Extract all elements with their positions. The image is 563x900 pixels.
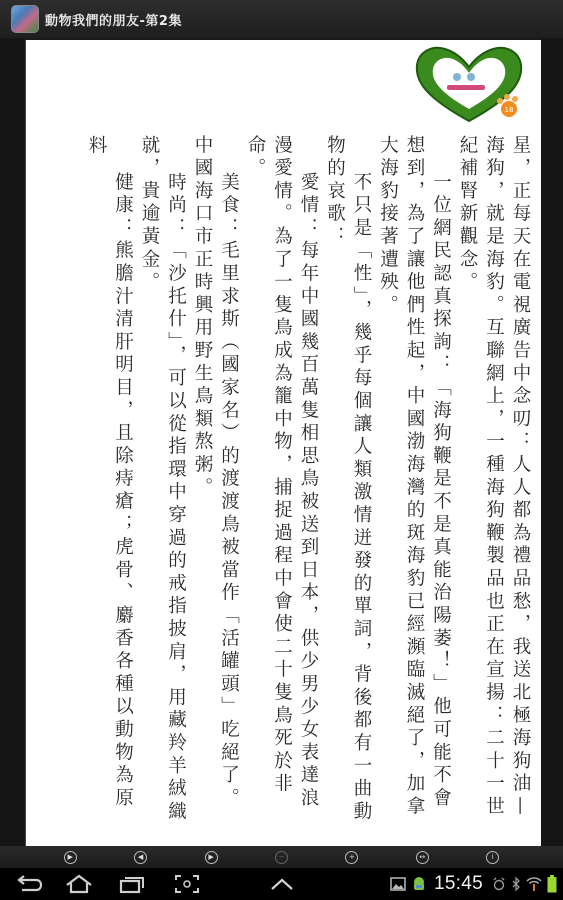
app-icon[interactable]: [11, 5, 39, 33]
info-icon: i: [492, 854, 494, 861]
paragraph: 健康：熊膽汁清肝明目，且除痔瘡；虎骨、麝香各種以動物為原料: [83, 135, 136, 825]
left-margin: [0, 38, 25, 846]
android-notification-icon[interactable]: [411, 876, 427, 892]
minus-icon: −: [279, 854, 285, 861]
app-title: 動物我們的朋友-第2集: [45, 10, 182, 29]
status-area: 15:45: [390, 868, 557, 900]
previous-icon: ◀: [138, 854, 143, 861]
paragraph: 時尚：「沙托什」，可以從指環中穿過的戒指披肩，用藏羚羊絨織就，貴逾黃金。: [136, 135, 189, 825]
svg-text:18: 18: [505, 106, 514, 114]
paragraph: 美食：毛里求斯（國家名）的渡渡鳥被當作「活罐頭」吃絕了。中國海口市正時興用野生鳥…: [189, 135, 242, 825]
previous-page-button[interactable]: ◀: [134, 851, 147, 864]
wifi-icon: [526, 876, 542, 892]
title-bar: 動物我們的朋友-第2集: [0, 0, 563, 38]
vertical-text-body: 星，正每天在電視廣告中念叨：人人都為禮品愁，我送北極海狗油—海狗，就是海豹。互聯…: [63, 135, 533, 825]
home-icon[interactable]: [64, 874, 94, 894]
paragraph: 愛情：每年中國幾百萬隻相思鳥被送到日本，供少男少女表達浪漫愛情。為了一隻鳥成為籠…: [242, 135, 322, 825]
play-button[interactable]: ▶: [64, 851, 77, 864]
heart-logo-icon: 18: [409, 43, 529, 127]
paragraph: 一位網民認真探詢：「海狗鞭是不是真能治陽萎！」他可能不會想到，為了讓他們性起，中…: [374, 135, 454, 825]
next-icon: ▶: [208, 854, 213, 861]
recent-apps-icon[interactable]: [118, 874, 146, 894]
screenshot-icon[interactable]: [174, 874, 200, 894]
fit-width-icon: ↔: [419, 854, 425, 861]
zoom-in-button[interactable]: +: [345, 851, 358, 864]
play-icon: ▶: [68, 854, 73, 861]
info-button[interactable]: i: [486, 851, 499, 864]
bluetooth-icon: [511, 877, 521, 891]
chevron-up-icon[interactable]: [270, 877, 294, 891]
battery-icon: [547, 875, 557, 893]
gallery-notification-icon[interactable]: [390, 877, 406, 891]
fit-width-button[interactable]: ↔: [416, 851, 429, 864]
plus-icon: +: [349, 854, 355, 861]
book-page[interactable]: 18 星，正每天在電視廣告中念叨：人人都為禮品愁，我送北極海狗油—海狗，就是海豹…: [25, 40, 541, 846]
zoom-out-button[interactable]: −: [275, 851, 288, 864]
next-page-button[interactable]: ▶: [205, 851, 218, 864]
paragraph: 不只是「性」，幾乎每個讓人類激情迸發的單詞，背後都有一曲動物的哀歌：: [321, 135, 374, 825]
paragraph: 星，正每天在電視廣告中念叨：人人都為禮品愁，我送北極海狗油—海狗，就是海豹。互聯…: [454, 135, 534, 825]
reader-toolbar: ▶ ◀ ▶ − + ↔ i: [0, 846, 563, 868]
clock: 15:45: [434, 873, 483, 895]
back-icon[interactable]: [16, 874, 44, 894]
right-margin: [540, 38, 563, 846]
alarm-icon: [492, 877, 506, 891]
